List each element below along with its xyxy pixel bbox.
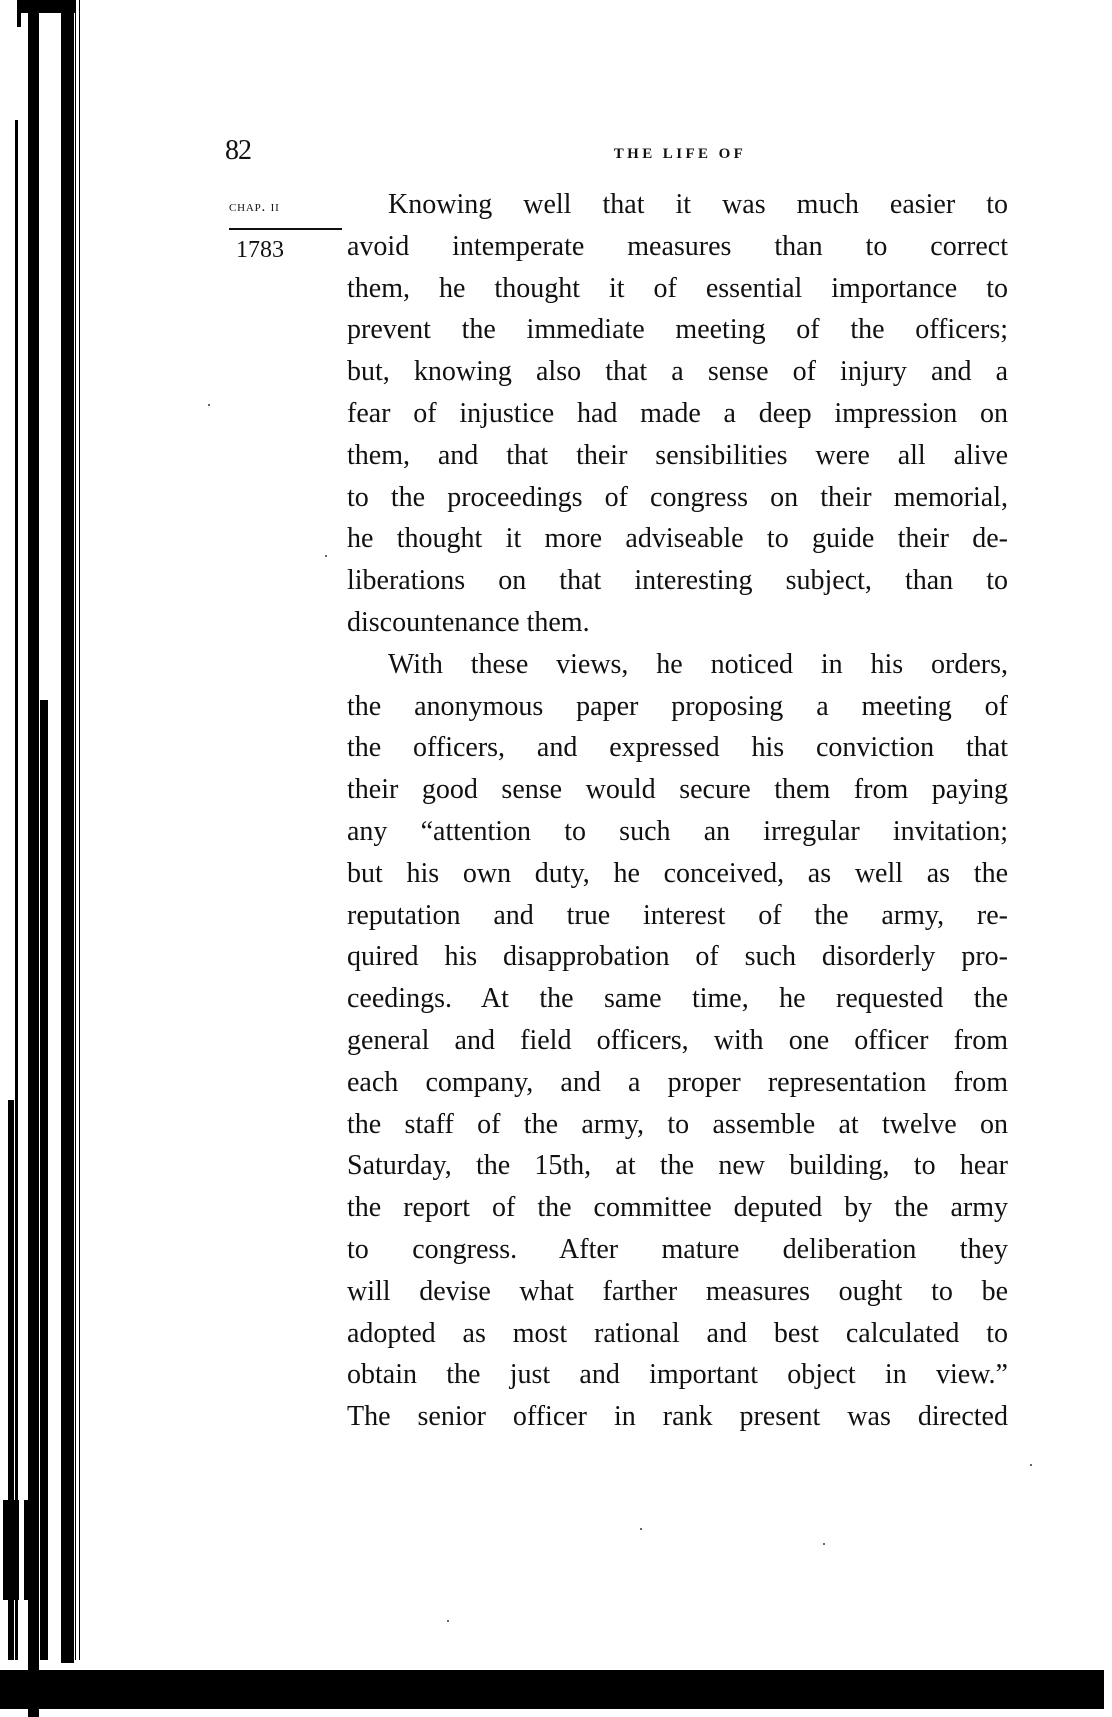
text-line: to congress. After mature deliberation t… xyxy=(347,1229,1008,1271)
page-number: 82 xyxy=(225,136,251,166)
text-line: prevent the immediate meeting of the off… xyxy=(347,309,1008,351)
text-line: general and field officers, with one off… xyxy=(347,1020,1008,1062)
text-line: reputation and true interest of the army… xyxy=(347,895,1008,937)
text-line: he thought it more adviseable to guide t… xyxy=(347,518,1008,560)
text-line: to the proceedings of congress on their … xyxy=(347,477,1008,519)
text-line: fear of injustice had made a deep impres… xyxy=(347,393,1008,435)
text-line: any “attention to such an irregular invi… xyxy=(347,811,1008,853)
text-line: ceedings. At the same time, he requested… xyxy=(347,978,1008,1020)
text-line: Saturday, the 15th, at the new building,… xyxy=(347,1145,1008,1187)
paragraph-2: With these views, he noticed in his orde… xyxy=(347,644,1008,1438)
text-line: the report of the committee deputed by t… xyxy=(347,1187,1008,1229)
text-line: them, he thought it of essential importa… xyxy=(347,268,1008,310)
text-line: but, knowing also that a sense of injury… xyxy=(347,351,1008,393)
running-head: THE LIFE OF xyxy=(560,146,800,162)
scan-speck xyxy=(325,555,327,557)
text-line: adopted as most rational and best calcul… xyxy=(347,1313,1008,1355)
text-line: but his own duty, he conceived, as well … xyxy=(347,853,1008,895)
scan-speck xyxy=(447,1620,449,1622)
text-line: the staff of the army, to assemble at tw… xyxy=(347,1104,1008,1146)
text-line: With these views, he noticed in his orde… xyxy=(347,644,1008,686)
text-line: the officers, and expressed his convicti… xyxy=(347,727,1008,769)
text-line: liberations on that interesting subject,… xyxy=(347,560,1008,602)
text-line: their good sense would secure them from … xyxy=(347,769,1008,811)
text-line: The senior officer in rank present was d… xyxy=(347,1396,1008,1438)
scan-speck xyxy=(208,404,210,406)
margin-chapter-label: chap. ii xyxy=(229,199,331,215)
margin-year: 1783 xyxy=(236,237,284,263)
text-line: will devise what farther measures ought … xyxy=(347,1271,1008,1313)
text-line: each company, and a proper representatio… xyxy=(347,1062,1008,1104)
paragraph-1: Knowing well that it was much easier to … xyxy=(347,184,1008,644)
scan-speck xyxy=(1030,1464,1032,1466)
text-line: the anonymous paper proposing a meeting … xyxy=(347,686,1008,728)
text-line: avoid intemperate measures than to corre… xyxy=(347,226,1008,268)
text-line: discountenance them. xyxy=(347,602,1008,644)
scan-speck xyxy=(823,1543,825,1545)
scan-speck xyxy=(640,1528,642,1530)
text-line: Knowing well that it was much easier to xyxy=(347,184,1008,226)
text-line: quired his disapprobation of such disord… xyxy=(347,936,1008,978)
scan-bottom-edge xyxy=(0,1670,1104,1709)
text-line: them, and that their sensibilities were … xyxy=(347,435,1008,477)
book-binding-gutter xyxy=(0,0,90,1717)
text-line: obtain the just and important object in … xyxy=(347,1354,1008,1396)
body-text: Knowing well that it was much easier to … xyxy=(347,184,1008,1438)
margin-rule-divider xyxy=(229,228,342,230)
